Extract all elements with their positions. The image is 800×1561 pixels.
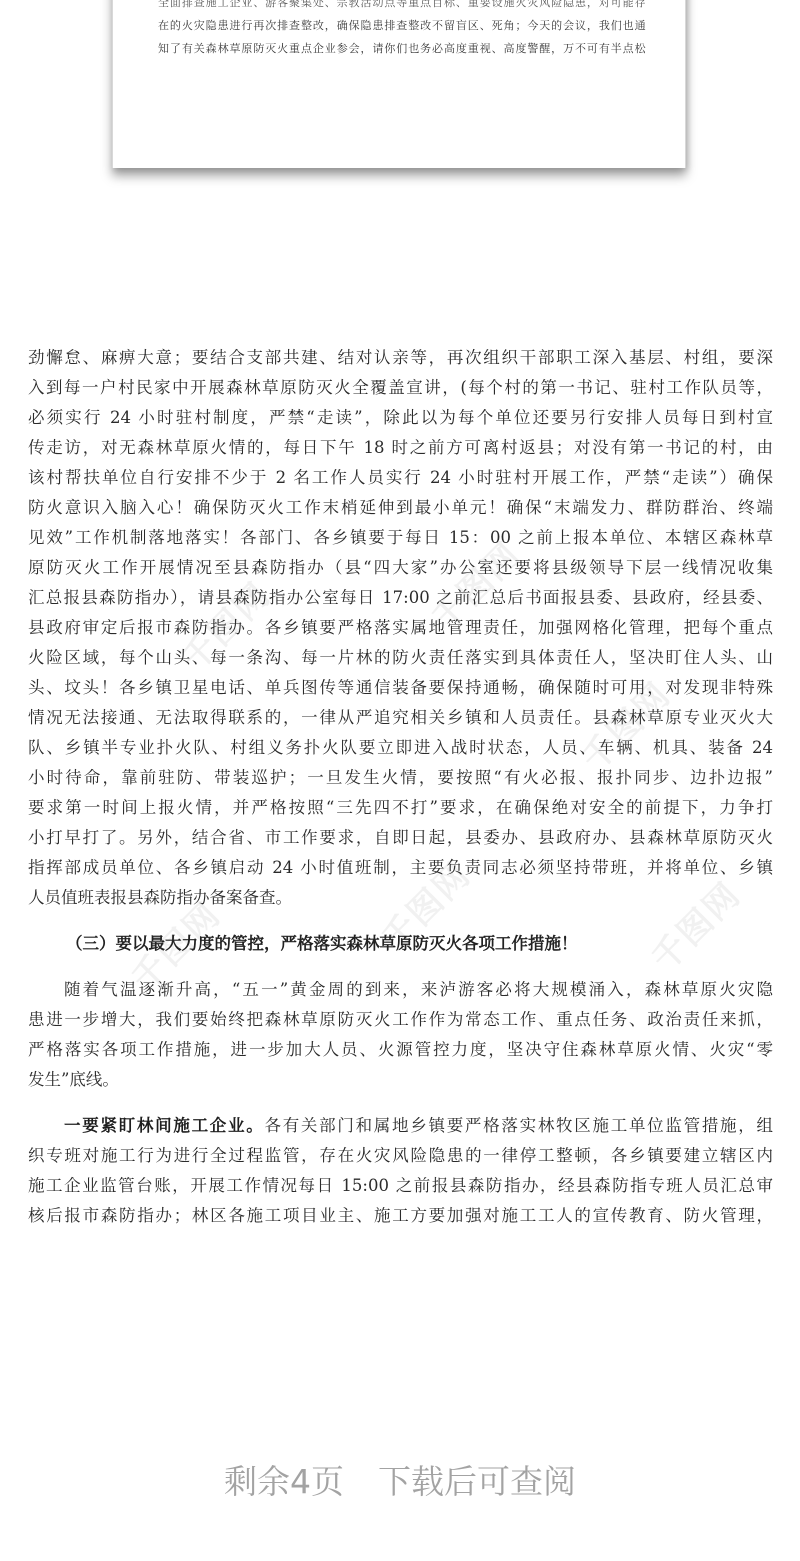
bold-lead-in: 一要紧盯林间施工企业。 <box>64 1116 264 1135</box>
text-line: 原防灭火工作开展情况至县森防指办（县“四大家”办公室还要将县级领导下层一线情况收… <box>28 553 773 583</box>
text-line: 该村帮扶单位自行安排不少于 2 名工作人员实行 24 小时驻村开展工作，严禁“走… <box>28 463 773 493</box>
text-line: 施工企业监管台账，开展工作情况每日 15:00 之前报县森防指办，经县森防指专班… <box>28 1171 773 1201</box>
text-line: 劲懈怠、麻痹大意；要结合支部共建、结对认亲等，再次组织干部职工深入基层、村组，要… <box>28 343 773 373</box>
text-line: 指挥部成员单位、各乡镇启动 24 小时值班制，主要负责同志必须坚持带班，并将单位… <box>28 853 773 883</box>
preview-line: 在的火灾隐患进行再次排查整改，确保隐患排查整改不留盲区、死角；今天的会议，我们也… <box>158 14 646 37</box>
text-line: 患进一步增大，我们要始终把森林草原防灭火工作作为常态工作、重点任务、政治责任来抓… <box>28 1005 773 1035</box>
section-heading: （三）要以最大力度的管控，严格落实森林草原防灭火各项工作措施！ <box>28 929 773 959</box>
text-line: 小打早打了。另外，结合省、市工作要求，自即日起，县委办、县政府办、县森林草原防灭… <box>28 823 773 853</box>
paragraph-gap <box>28 959 773 975</box>
text-line: 队、乡镇半专业扑火队、村组义务扑火队要立即进入战时状态，人员、车辆、机具、装备 … <box>28 733 773 763</box>
download-prompt[interactable]: 剩余4页下载后可查阅 <box>0 1458 800 1506</box>
text-line: 织专班对施工行为进行全过程监管，存在火灾风险隐患的一律停工整顿，各乡镇要建立辖区… <box>28 1141 773 1171</box>
text-line: 要求第一时间上报火情，并严格按照“三先四不打”要求，在确保绝对安全的前提下，力争… <box>28 793 773 823</box>
text-line: 小时待命，靠前驻防、带装巡护；一旦发生火情，要按照“有火必报、报扑同步、边扑边报… <box>28 763 773 793</box>
text-line: 核后报市森防指办；林区各施工项目业主、施工方要加强对施工工人的宣传教育、防火管理… <box>28 1201 773 1231</box>
text-run: 各有关部门和属地乡镇要严格落实林牧区施工单位监管措施，组 <box>264 1116 773 1135</box>
text-line: 传走访，对无森林草原火情的，每日下午 18 时之前方可离村返县；对没有第一书记的… <box>28 433 773 463</box>
preview-line: 知了有关森林草原防灭火重点企业参会，请你们也务必高度重视、高度警醒，万不可有半点… <box>158 37 646 60</box>
text-line: 入到每一户村民家中开展森林草原防灭火全覆盖宣讲，(每个村的第一书记、驻村工作队员… <box>28 373 773 403</box>
paragraph-3: 一要紧盯林间施工企业。各有关部门和属地乡镇要严格落实林牧区施工单位监管措施，组 … <box>28 1111 773 1231</box>
text-line: 人员值班表报县森防指办备案备查。 <box>28 883 773 913</box>
text-line: 头、坟头！各乡镇卫星电话、单兵图传等通信装备要保持通畅，确保随时可用，对发现非特… <box>28 673 773 703</box>
text-line: 严格落实各项工作措施，进一步加大人员、火源管控力度，坚决守住森林草原火情、火灾“… <box>28 1035 773 1065</box>
preview-text-block: 全面排查施工企业、游客聚集处、宗教活动点等重点目标、重要设施火灾风险隐患，对可能… <box>158 0 646 60</box>
text-line: 防火意识入脑入心！确保防灭火工作末梢延伸到最小单元！确保“末端发力、群防群治、终… <box>28 493 773 523</box>
text-line: 情况无法接通、无法取得联系的，一律从严追究相关乡镇和人员责任。县森林草原专业灭火… <box>28 703 773 733</box>
text-line: 一要紧盯林间施工企业。各有关部门和属地乡镇要严格落实林牧区施工单位监管措施，组 <box>28 1111 773 1141</box>
text-line: 见效”工作机制落地落实！各部门、各乡镇要于每日 15：00 之前上报本单位、本辖… <box>28 523 773 553</box>
paragraph-gap <box>28 913 773 929</box>
text-line: 火险区域，每个山头、每一条沟、每一片林的防火责任落实到具体责任人，坚决盯住人头、… <box>28 643 773 673</box>
remaining-pages-label: 剩余4页 <box>224 1462 344 1501</box>
text-line: 随着气温逐渐升高，“五一”黄金周的到来，来泸游客必将大规模涌入，森林草原火灾隐 <box>28 975 773 1005</box>
document-preview-page: 全面排查施工企业、游客聚集处、宗教活动点等重点目标、重要设施火灾风险隐患，对可能… <box>112 0 686 168</box>
paragraph-1: 劲懈怠、麻痹大意；要结合支部共建、结对认亲等，再次组织干部职工深入基层、村组，要… <box>28 343 773 913</box>
text-line: 汇总报县森防指办），请县森防指办公室每日 17:00 之前汇总后书面报县委、县政… <box>28 583 773 613</box>
text-line: 发生”底线。 <box>28 1065 773 1095</box>
text-line: 必须实行 24 小时驻村制度，严禁“走读”，除此以为每个单位还要另行安排人员每日… <box>28 403 773 433</box>
paragraph-gap <box>28 1095 773 1111</box>
paragraph-2: 随着气温逐渐升高，“五一”黄金周的到来，来泸游客必将大规模涌入，森林草原火灾隐 … <box>28 975 773 1095</box>
download-to-view-link[interactable]: 下载后可查阅 <box>378 1462 576 1501</box>
preview-line: 全面排查施工企业、游客聚集处、宗教活动点等重点目标、重要设施火灾风险隐患，对可能… <box>158 0 646 14</box>
document-body: 劲懈怠、麻痹大意；要结合支部共建、结对认亲等，再次组织干部职工深入基层、村组，要… <box>28 343 773 1231</box>
text-line: 县政府审定后报市森防指办。各乡镇要严格落实属地管理责任，加强网格化管理，把每个重… <box>28 613 773 643</box>
